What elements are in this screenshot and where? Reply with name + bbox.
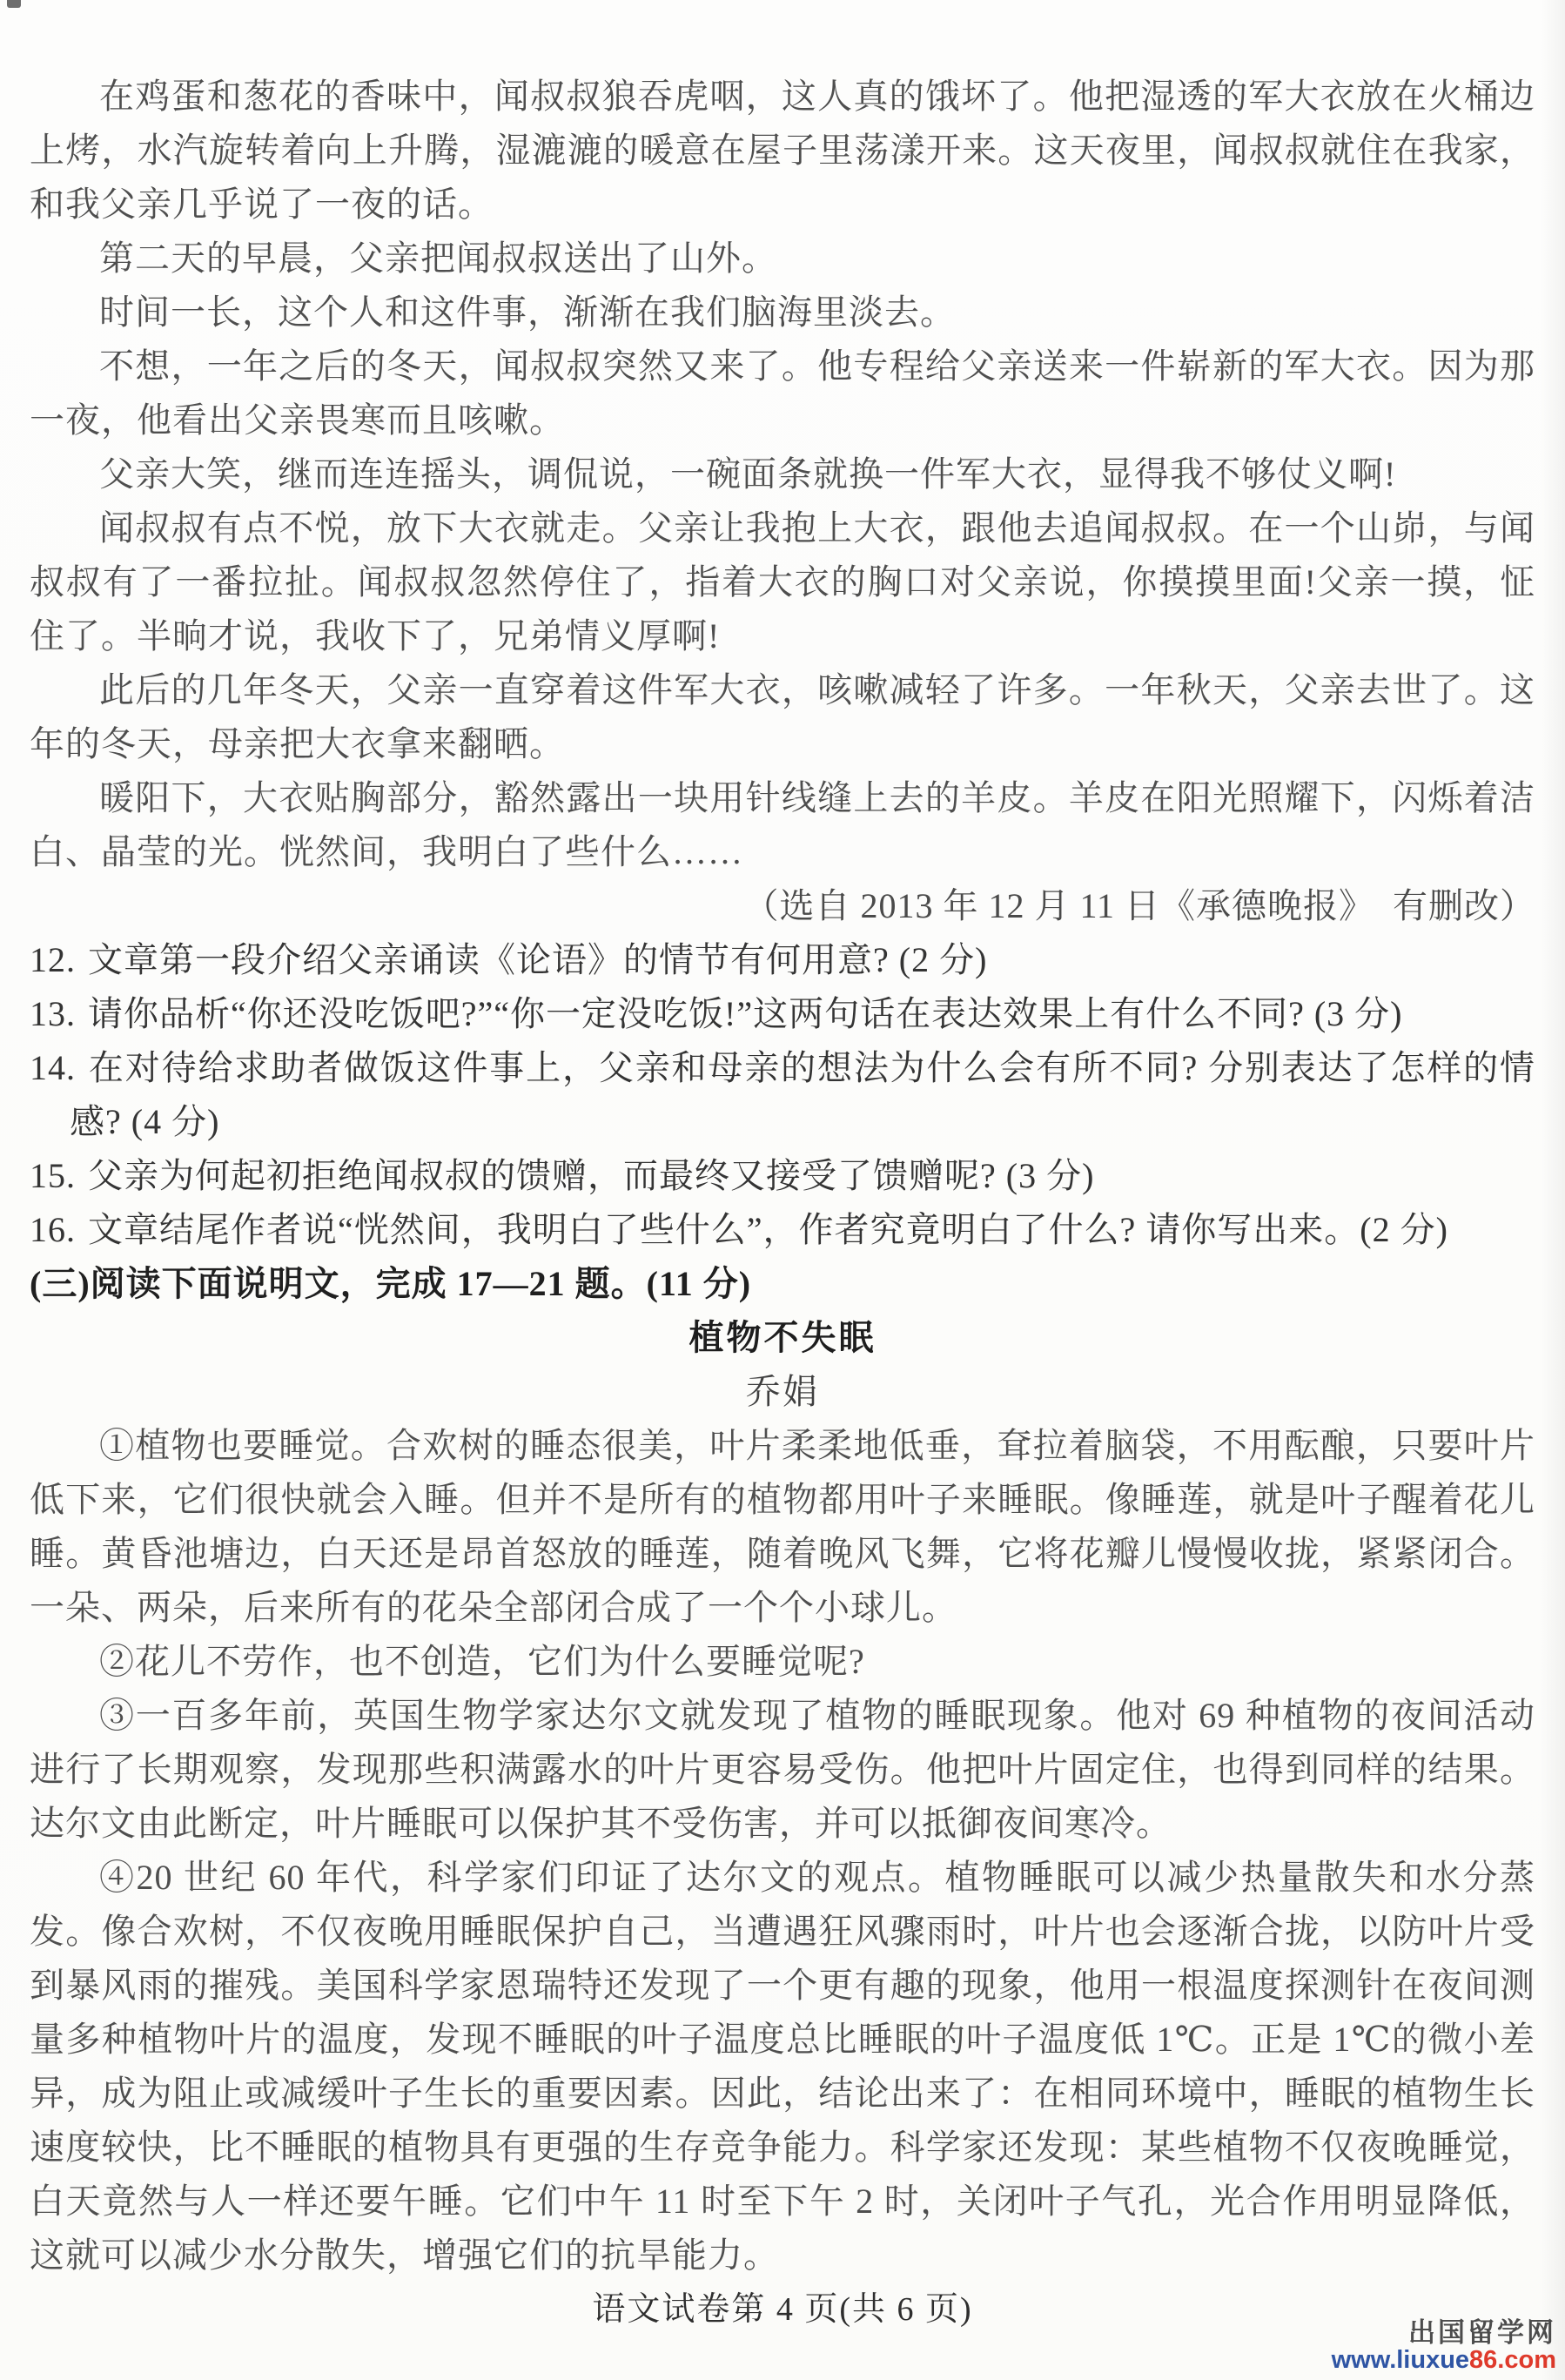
article-title: 植物不失眠 <box>30 1311 1535 1365</box>
source-attribution: （选自 2013 年 12 月 11 日《承德晚报》 有删改） <box>30 879 1535 933</box>
article-paragraph: ④20 世纪 60 年代，科学家们印证了达尔文的观点。植物睡眠可以减少热量散失和… <box>30 1851 1535 2283</box>
scan-artifact <box>7 0 21 8</box>
question-number: 12. <box>30 940 76 979</box>
question-15: 15.父亲为何起初拒绝闻叔叔的馈赠，而最终又接受了馈赠呢? (3 分) <box>30 1149 1535 1203</box>
watermark-site-name: 出国留学网 <box>1332 2319 1556 2347</box>
question-text: 文章第一段介绍父亲诵读《论语》的情节有何用意? (2 分) <box>88 940 987 979</box>
watermark-site-url: www.liuxue86.com <box>1332 2347 1556 2373</box>
narrative-paragraph: 在鸡蛋和葱花的香味中，闻叔叔狼吞虎咽，这人真的饿坏了。他把湿透的军大衣放在火桶边… <box>30 70 1535 232</box>
question-text: 在对待给求助者做饭这件事上，父亲和母亲的想法为什么会有所不同? 分别表达了怎样的… <box>70 1048 1535 1141</box>
narrative-paragraph: 闻叔叔有点不悦，放下大衣就走。父亲让我抱上大衣，跟他去追闻叔叔。在一个山峁，与闻… <box>30 501 1535 663</box>
question-number: 15. <box>30 1156 76 1195</box>
question-number: 16. <box>30 1210 76 1249</box>
narrative-paragraph: 此后的几年冬天，父亲一直穿着这件军大衣，咳嗽减轻了许多。一年秋天，父亲去世了。这… <box>30 663 1535 771</box>
article-paragraph: ③一百多年前，英国生物学家达尔文就发现了植物的睡眠现象。他对 69 种植物的夜间… <box>30 1689 1535 1851</box>
section-3-header: (三)阅读下面说明文，完成 17—21 题。(11 分) <box>30 1257 1535 1311</box>
article-paragraph: ②花儿不劳作，也不创造，它们为什么要睡觉呢? <box>30 1635 1535 1689</box>
question-text: 父亲为何起初拒绝闻叔叔的馈赠，而最终又接受了馈赠呢? (3 分) <box>88 1156 1094 1195</box>
question-16: 16.文章结尾作者说“恍然间，我明白了些什么”，作者究竟明白了什么? 请你写出来… <box>30 1203 1535 1257</box>
article-paragraph: ①植物也要睡觉。合欢树的睡态很美，叶片柔柔地低垂，耷拉着脑袋，不用酝酿，只要叶片… <box>30 1419 1535 1635</box>
narrative-paragraph: 父亲大笑，继而连连摇头，调侃说，一碗面条就换一件军大衣，显得我不够仗义啊! <box>30 447 1535 501</box>
question-number: 14. <box>30 1048 76 1087</box>
question-13: 13.请你品析“你还没吃饭吧?”“你一定没吃饭!”这两句话在表达效果上有什么不同… <box>30 987 1535 1041</box>
narrative-paragraph: 时间一长，这个人和这件事，渐渐在我们脑海里淡去。 <box>30 286 1535 340</box>
site-watermark: 出国留学网 www.liuxue86.com <box>1332 2319 1556 2373</box>
narrative-paragraph: 暖阳下，大衣贴胸部分，豁然露出一块用针线缝上去的羊皮。羊皮在阳光照耀下，闪烁着洁… <box>30 771 1535 879</box>
article-author: 乔娟 <box>30 1365 1535 1419</box>
question-text: 请你品析“你还没吃饭吧?”“你一定没吃饭!”这两句话在表达效果上有什么不同? (… <box>88 994 1402 1033</box>
question-text: 文章结尾作者说“恍然间，我明白了些什么”，作者究竟明白了什么? 请你写出来。(2… <box>88 1210 1448 1249</box>
question-number: 13. <box>30 994 76 1033</box>
narrative-paragraph: 第二天的早晨，父亲把闻叔叔送出了山外。 <box>30 232 1535 286</box>
exam-page: 在鸡蛋和葱花的香味中，闻叔叔狼吞虎咽，这人真的饿坏了。他把湿透的军大衣放在火桶边… <box>0 0 1565 2380</box>
page-footer: 语文试卷第 4 页(共 6 页) <box>30 2283 1535 2336</box>
watermark-url-red: 86.com <box>1469 2346 1556 2374</box>
watermark-url-blue: www.liuxue <box>1332 2346 1469 2374</box>
question-12: 12.文章第一段介绍父亲诵读《论语》的情节有何用意? (2 分) <box>30 933 1535 987</box>
question-14: 14.在对待给求助者做饭这件事上，父亲和母亲的想法为什么会有所不同? 分别表达了… <box>30 1041 1535 1149</box>
exam-content: 在鸡蛋和葱花的香味中，闻叔叔狼吞虎咽，这人真的饿坏了。他把湿透的军大衣放在火桶边… <box>0 0 1565 2336</box>
narrative-paragraph: 不想，一年之后的冬天，闻叔叔突然又来了。他专程给父亲送来一件崭新的军大衣。因为那… <box>30 340 1535 447</box>
